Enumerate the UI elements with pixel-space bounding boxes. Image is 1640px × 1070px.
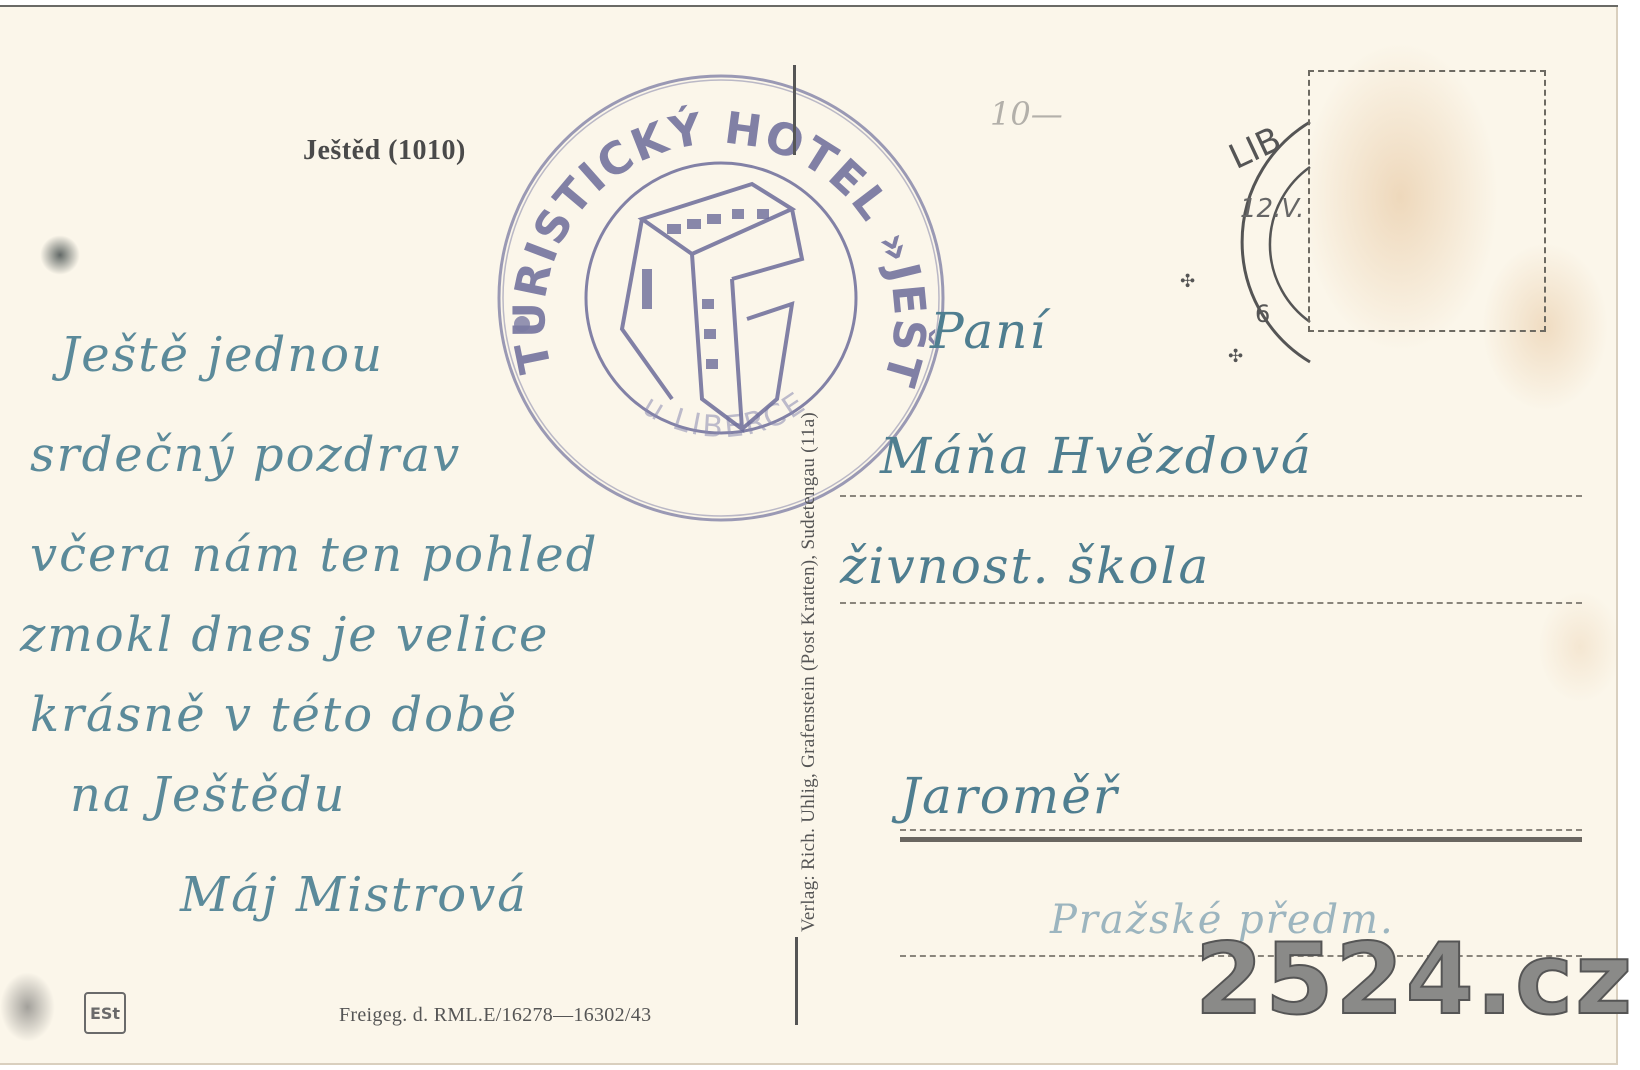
stamp-placeholder-box (1308, 70, 1546, 332)
svg-text:LIB: LIB (1223, 119, 1287, 177)
svg-text:6: 6 (1255, 300, 1270, 328)
publisher-logo: ESt (84, 992, 126, 1034)
address-line-3 (900, 829, 1582, 831)
svg-text:✣: ✣ (1228, 346, 1243, 367)
svg-text:✣: ✣ (1180, 271, 1195, 292)
postcard-back: Ještěd (1010) TURISTICKÝ HOTEL »JEŠTĚD« … (0, 5, 1618, 1065)
svg-text:TURISTICKÝ HOTEL »JEŠTĚD«: TURISTICKÝ HOTEL »JEŠTĚD« (492, 69, 937, 393)
center-divider-bottom (795, 937, 798, 1025)
address-salutation: Paní (930, 302, 1047, 360)
address-name: Máňa Hvězdová (880, 427, 1313, 485)
message-line: Ještě jednou (60, 327, 384, 383)
card-title: Ještěd (1010) (303, 135, 466, 167)
publisher-imprint: Verlag: Rich. Uhlig, Grafenstein (Post K… (798, 412, 820, 932)
ink-smudge (40, 235, 80, 275)
message-line: krásně v této době (30, 687, 518, 743)
message-line: zmokl dnes je velice (20, 607, 549, 663)
center-divider-top (793, 65, 796, 155)
message-line: na Ještědu (70, 767, 346, 823)
message-line: včera nám ten pohled (30, 527, 598, 583)
address-line2: živnost. škola (840, 537, 1210, 595)
ink-smudge (0, 972, 55, 1042)
approval-line: Freigeg. d. RML.E/16278—16302/43 (339, 1004, 651, 1027)
address-line-1 (840, 495, 1582, 497)
message-line: srdečný pozdrav (30, 427, 461, 483)
address-line-2 (840, 602, 1582, 604)
svg-text:12.V.: 12.V. (1240, 194, 1304, 224)
address-city: Jaroměř (900, 767, 1119, 825)
address-underline-bold (900, 837, 1582, 842)
pencil-price-mark: 10— (990, 95, 1063, 133)
watermark: 2524.cz (1195, 923, 1634, 1037)
signature: Máj Mistrová (180, 867, 528, 923)
